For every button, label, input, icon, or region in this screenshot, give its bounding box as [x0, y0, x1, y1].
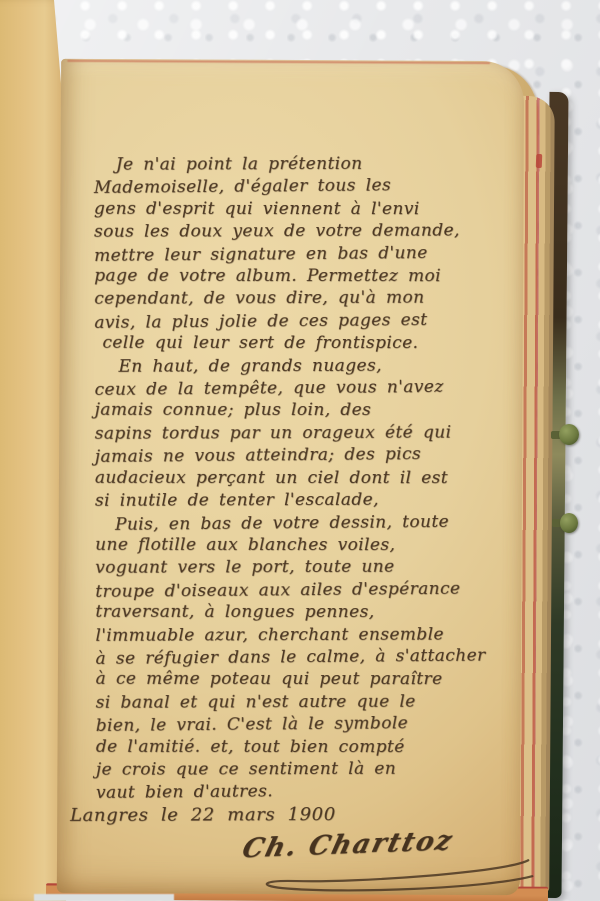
- handwriting-line: troupe d'oiseaux aux ailes d'espérance: [95, 577, 535, 603]
- handwriting-line: page de votre album. Permettez moi: [94, 265, 534, 288]
- handwriting-block: Je n'ai point la prétentionMademoiselle,…: [94, 152, 536, 859]
- handwriting-line: ceux de la tempête, que vous n'avez: [95, 375, 535, 401]
- handwriting-line: Je n'ai point la prétention: [116, 152, 534, 176]
- handwriting-lines: Je n'ai point la prétentionMademoiselle,…: [94, 152, 536, 803]
- handwriting-line: traversant, à longues pennes,: [95, 601, 535, 624]
- handwriting-line: avis, la plus jolie de ces pages est: [94, 308, 534, 334]
- handwriting-line: mettre leur signature en bas d'une: [94, 241, 534, 267]
- handwriting-line: jamais ne vous atteindra; des pics: [95, 442, 535, 468]
- signature-flourish-icon: [236, 858, 546, 893]
- handwriting-line: je crois que ce sentiment là en: [96, 757, 536, 781]
- handwriting-line: si inutile de tenter l'escalade,: [95, 488, 535, 512]
- handwriting-line: gens d'esprit qui viennent à l'envi: [94, 198, 534, 221]
- handwriting-line: l'immuable azur, cherchant ensemble: [95, 623, 535, 647]
- handwriting-line: voguant vers le port, toute une: [95, 556, 535, 580]
- handwriting-line: une flotille aux blanches voiles,: [95, 534, 535, 557]
- red-edge-mark: [536, 154, 542, 168]
- handwriting-line: bien, le vrai. C'est là le symbole: [96, 711, 536, 737]
- handwriting-line: Mademoiselle, d'égaler tous les: [94, 173, 534, 199]
- handwriting-line: à ce même poteau qui peut paraître: [96, 668, 536, 691]
- bottom-light-band: [34, 894, 174, 901]
- handwriting-line: sous les doux yeux de votre demande,: [94, 219, 534, 243]
- page-top-edge-line: [67, 60, 490, 64]
- handwriting-line: celle qui leur sert de frontispice.: [102, 332, 534, 355]
- handwriting-line: audacieux perçant un ciel dont il est: [95, 466, 535, 489]
- binding-knob-top: [559, 424, 579, 445]
- binding-knob-bottom: [560, 513, 578, 533]
- handwriting-line: de l'amitié. et, tout bien compté: [96, 735, 536, 758]
- handwriting-line: cependant, de vous dire, qu'à mon: [94, 287, 534, 311]
- handwriting-line: sapins tordus par un orageux été qui: [95, 421, 535, 445]
- handwriting-line: jamais connue; plus loin, des: [95, 399, 535, 422]
- handwriting-line: si banal et qui n'est autre que le: [96, 690, 536, 714]
- handwriting-line: à se réfugier dans le calme, à s'attache…: [95, 644, 535, 670]
- handwriting-line: En haut, de grands nuages,: [118, 354, 534, 378]
- handwriting-line: vaut bien d'autres.: [96, 778, 536, 804]
- place-date-line: Langres le 22 mars 1900: [70, 802, 536, 828]
- handwriting-line: Puis, en bas de votre dessin, toute: [115, 510, 535, 536]
